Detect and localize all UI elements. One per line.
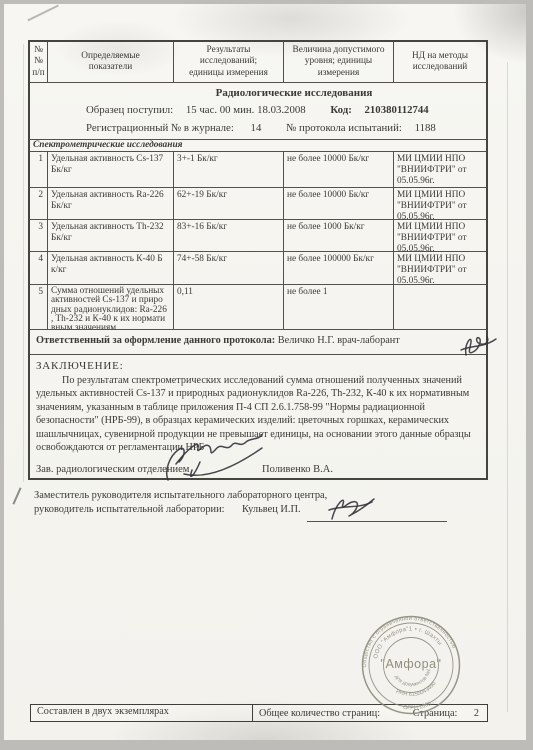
received-value: 15 час. 00 мин. 18.03.2008	[186, 104, 306, 116]
sample-info-block: Радиологические исследования Образец пос…	[30, 83, 486, 140]
deputy-title-line1: Заместитель руководителя испытательного …	[34, 490, 327, 501]
cell-method: МИ ЦМИИ НПО "ВНИИФТРИ" от 05.05.96г.	[394, 220, 486, 251]
col-header-method: НД на методы исследований	[394, 42, 486, 82]
table-row: 2 Удельная активность Ra-226 Бк/кг 62+-1…	[30, 188, 486, 220]
col-header-result: Результаты исследований; единицы измерен…	[174, 42, 284, 82]
reg-value: 14	[251, 122, 262, 134]
cell-result: 0,11	[174, 285, 284, 329]
cell-result: 74+-58 Бк/кг	[174, 252, 284, 284]
cell-indicator: Удельная активность Th-232 Бк/кг	[48, 220, 174, 251]
table-header-row: №№ п/п Определяемые показатели Результат…	[30, 42, 486, 83]
section-title: Радиологические исследования	[30, 87, 486, 99]
responsible-label: Ответственный за оформление данного прот…	[36, 335, 275, 346]
signature-stroke	[191, 462, 200, 476]
signature-stroke	[332, 499, 374, 519]
subsection-title: Спектрометрические исследования	[30, 140, 486, 152]
signature-deputy	[322, 493, 380, 523]
sample-received-line: Образец поступил: 15 час. 00 мин. 18.03.…	[86, 104, 429, 116]
reg-label: Регистрационный № в журнале:	[86, 122, 234, 134]
footer-page-number: 2	[474, 708, 479, 719]
stamp-ogrn-text: ОГРН 1066…	[402, 698, 438, 714]
signature-stroke	[176, 435, 262, 464]
responsible-row: Ответственный за оформление данного прот…	[30, 330, 486, 355]
paper-sheet: №№ п/п Определяемые показатели Результат…	[4, 4, 526, 740]
svg-text:ОГРН 1066…: ОГРН 1066…	[402, 698, 438, 714]
cell-result: 83+-16 Бк/кг	[174, 220, 284, 251]
signature-lab-technician	[456, 331, 502, 361]
received-label: Образец поступил:	[86, 104, 173, 116]
table-row: 4 Удельная активность К-40 Б к/кг 74+-58…	[30, 252, 486, 285]
code-value: 210380112744	[365, 104, 429, 116]
col-header-limit: Величина допустимого уровня; единицы изм…	[284, 42, 394, 82]
cell-method	[394, 285, 486, 329]
cell-indicator: Удельная активность К-40 Б к/кг	[48, 252, 174, 284]
stamp-amfora: Общество с ограниченной ответственностью…	[359, 613, 463, 717]
cell-limit: не более 1000 Бк/кг	[284, 220, 394, 251]
cell-indicator: Удельная активность Ra-226 Бк/кг	[48, 188, 174, 219]
cell-number: 5	[30, 285, 48, 329]
cell-indicator: Сумма отношений удельных активностей Cs-…	[48, 285, 174, 329]
signature-head-department	[162, 428, 266, 484]
protocol-value: 1188	[415, 122, 436, 134]
cell-number: 3	[30, 220, 48, 251]
cell-number: 1	[30, 152, 48, 187]
table-row: 5 Сумма отношений удельных активностей C…	[30, 285, 486, 330]
results-table: №№ п/п Определяемые показатели Результат…	[28, 40, 488, 480]
deputy-title-line2: руководитель испытательной лаборатории:	[34, 504, 225, 515]
scan-crease-line	[23, 44, 24, 482]
cell-method: МИ ЦМИИ НПО "ВНИИФТРИ" от 05.05.96г.	[394, 252, 486, 284]
cell-result: 62+-19 Бк/кг	[174, 188, 284, 219]
cell-number: 4	[30, 252, 48, 284]
paper-edge-line	[507, 62, 508, 712]
cell-limit: не более 1	[284, 285, 394, 329]
registration-line: Регистрационный № в журнале: 14 № проток…	[86, 122, 436, 134]
responsible-value: Величко Н.Г. врач-лаборант	[278, 335, 400, 346]
deputy-name: Кульвец И.П.	[242, 504, 301, 515]
footer-copies: Составлен в двух экземплярах	[31, 705, 253, 721]
cell-method: МИ ЦМИИ НПО "ВНИИФТРИ" от 05.05.96г.	[394, 188, 486, 219]
col-header-indicator: Определяемые показатели	[48, 42, 174, 82]
head-name: Поливенко В.А.	[262, 464, 333, 475]
stamp-center-text: "Амфора"	[381, 657, 442, 671]
cell-limit: не более 10000 Бк/кг	[284, 152, 394, 187]
code-label: Код:	[330, 104, 351, 116]
pen-slash-mark	[12, 487, 21, 504]
document-scan-page: №№ п/п Определяемые показатели Результат…	[0, 0, 533, 750]
protocol-label: № протокола испытаний:	[286, 122, 402, 134]
col-header-number: №№ п/п	[30, 42, 48, 82]
scan-fold-mark	[27, 5, 58, 21]
cell-limit: не более 10000 Бк/кг	[284, 188, 394, 219]
cell-indicator: Удельная активность Cs-137 Бк/кг	[48, 152, 174, 187]
cell-method: МИ ЦМИИ НПО "ВНИИФТРИ" от 05.05.96г.	[394, 152, 486, 187]
cell-result: 3+-1 Бк/кг	[174, 152, 284, 187]
table-row: 3 Удельная активность Th-232 Бк/кг 83+-1…	[30, 220, 486, 252]
table-row: 1 Удельная активность Cs-137 Бк/кг 3+-1 …	[30, 152, 486, 188]
conclusion-title: ЗАКЛЮЧЕНИЕ:	[36, 360, 476, 372]
cell-limit: не более 100000 Бк/кг	[284, 252, 394, 284]
cell-number: 2	[30, 188, 48, 219]
